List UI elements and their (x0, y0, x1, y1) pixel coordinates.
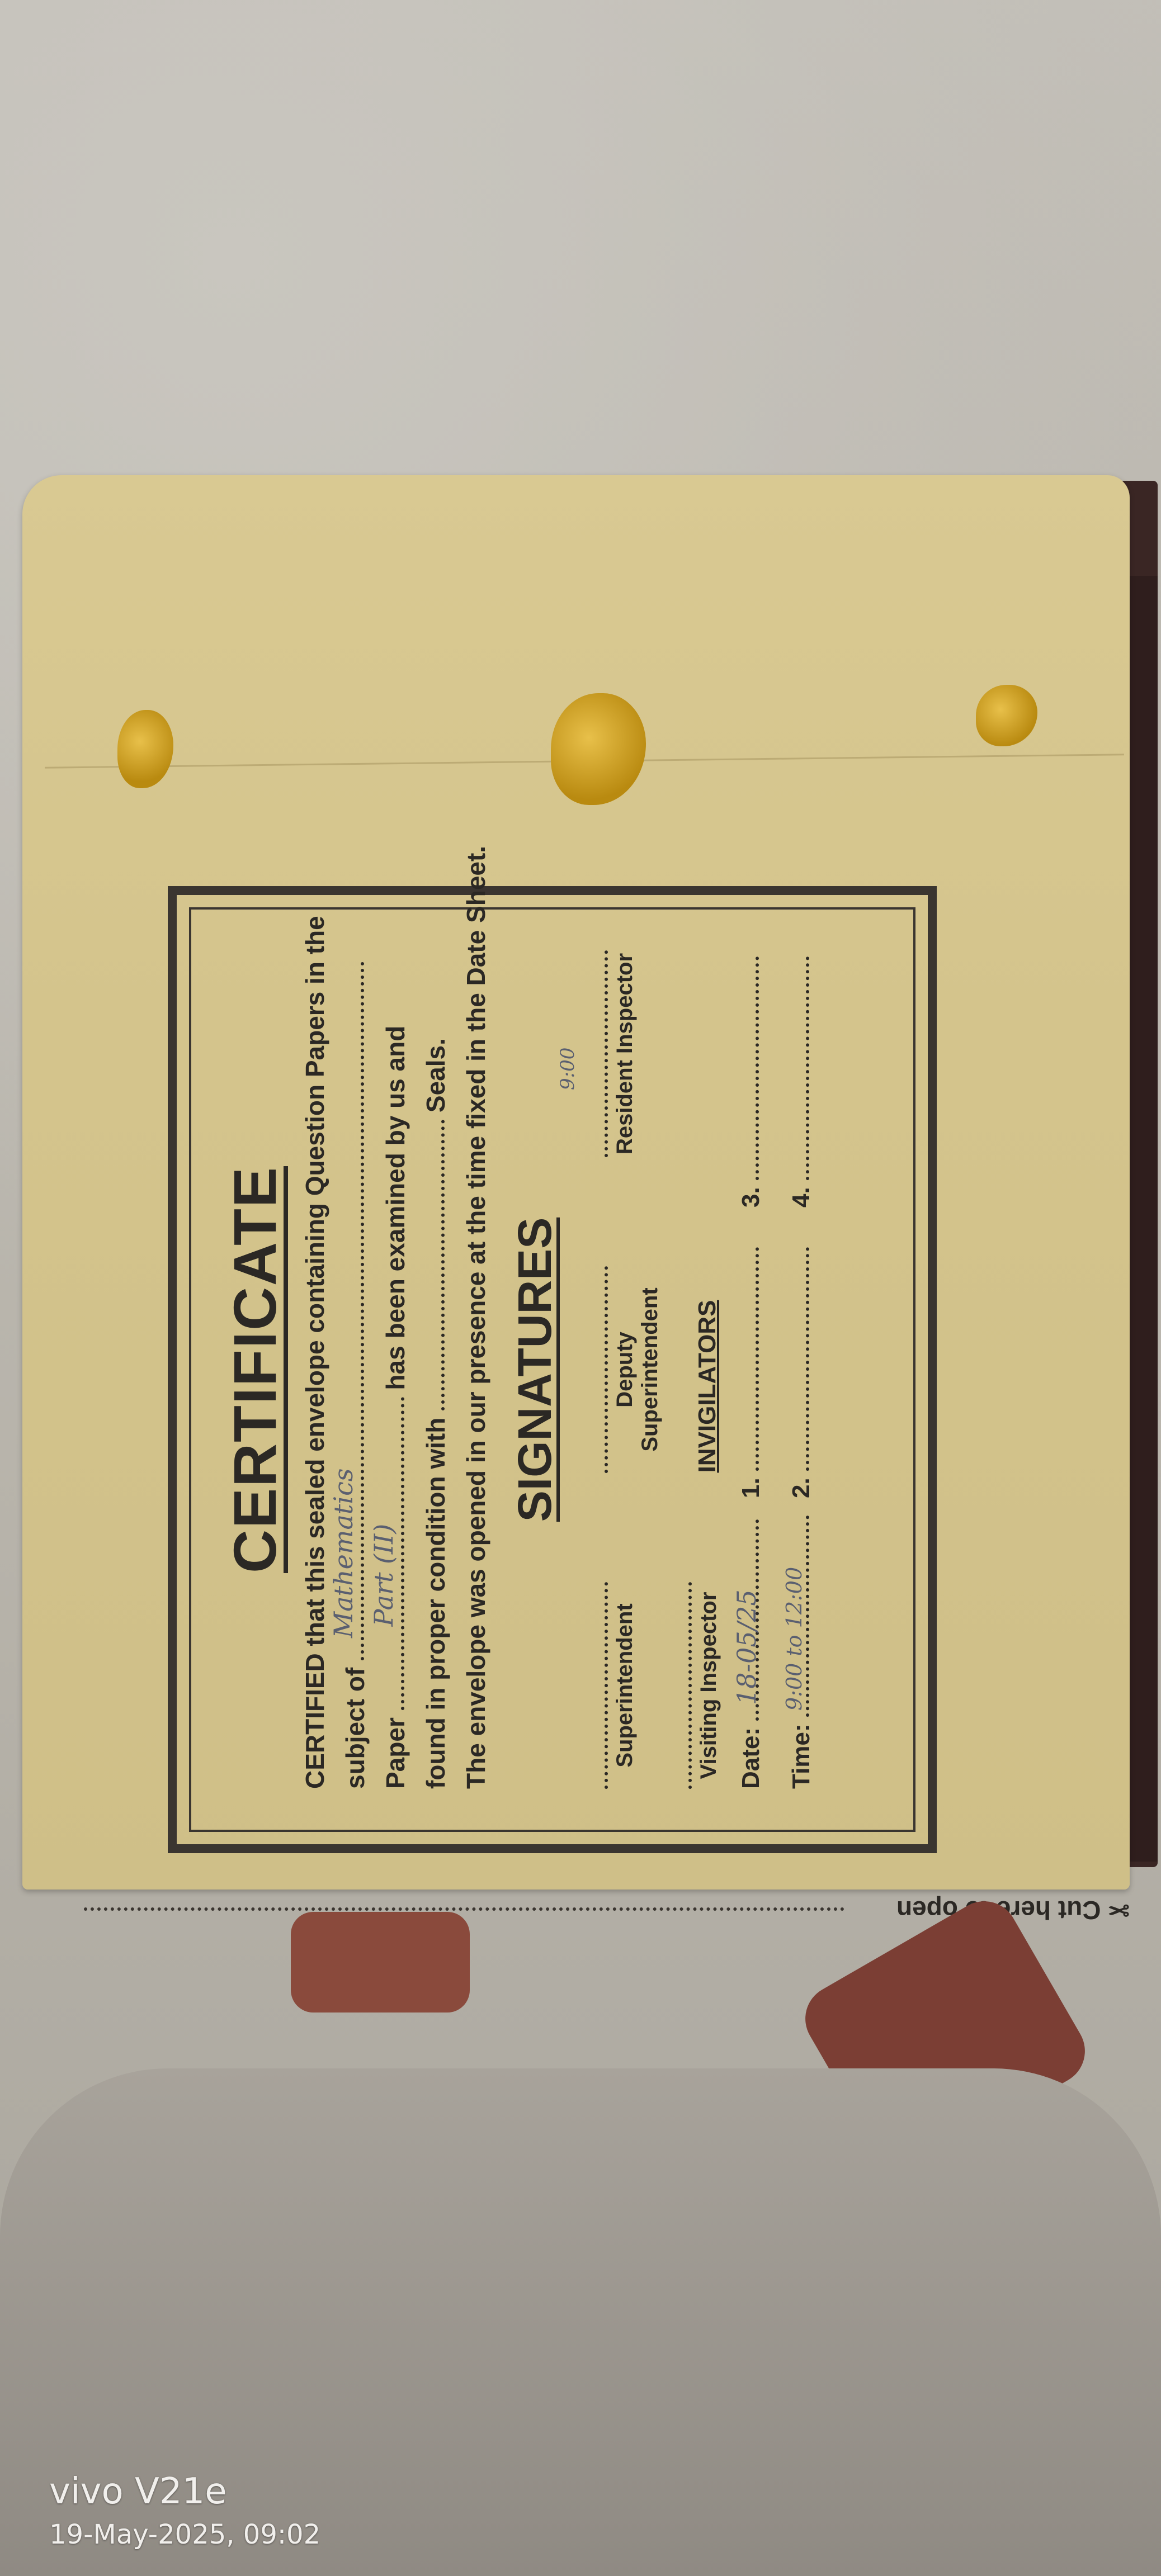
resident-inspector-signature: 9:00 Resident Inspector (601, 950, 663, 1157)
paper-field: Part (II) (384, 1397, 404, 1710)
capture-timestamp: 19-May-2025, 09:02 (49, 2519, 320, 2550)
signature-line (601, 1266, 608, 1473)
date-handwritten: 18-05/25 (731, 1589, 762, 1705)
date-label: Date: (737, 1727, 764, 1789)
visiting-inspector-row: Visiting Inspector INVIGILATORS (685, 950, 721, 1789)
invigilator-line (789, 956, 809, 1180)
subject-field: Mathematics (344, 962, 364, 1660)
invigilator-number: 1. (737, 1478, 764, 1498)
invigilator-4: 4. (787, 917, 815, 1207)
invigilator-3: 3. (737, 917, 765, 1207)
signature-line (685, 1582, 692, 1789)
date-field: Date: 18-05/25 (737, 1498, 765, 1789)
invigilator-line (739, 1247, 759, 1471)
subject-label: subject of (341, 1668, 370, 1789)
time-label: Time: (787, 1723, 815, 1789)
superintendent-signature: Superintendent (601, 1582, 663, 1789)
time-handwritten: 9:00 to 12:00 (782, 1567, 806, 1711)
signature-line (601, 1582, 608, 1789)
certificate-content: CERTIFICATE CERTIFIED that this sealed e… (197, 917, 908, 1822)
date-time-invigilators-grid: Date: 18-05/25 1. 3. Time: 9:00 to 12:00 (737, 917, 815, 1789)
certificate-frame: CERTIFICATE CERTIFIED that this sealed e… (168, 886, 937, 1853)
invigilator-number: 3. (737, 1187, 764, 1207)
device-name: vivo V21e (49, 2471, 320, 2512)
seals-count-field (424, 1120, 445, 1410)
deputy-superintendent-signature: Deputy Superintendent (601, 1266, 663, 1473)
signatory-label: Deputy Superintendent (612, 1287, 662, 1451)
cut-dotted-line (84, 1907, 844, 1911)
invigilator-line (739, 956, 759, 1180)
opened-line: The envelope was opened in our presence … (461, 917, 491, 1789)
signatures-title: SIGNATURES (508, 917, 562, 1822)
signatory-label: Resident Inspector (612, 953, 637, 1154)
subject-handwritten: Mathematics (328, 1468, 358, 1637)
invigilator-1: 1. (737, 1207, 765, 1498)
signatories-row: Superintendent Deputy Superintendent 9:0… (601, 950, 663, 1789)
examined-text: has been examined by us and (381, 1026, 410, 1390)
visiting-inspector-signature: Visiting Inspector (685, 1582, 721, 1789)
signatory-label: Visiting Inspector (696, 1592, 721, 1779)
invigilator-line (789, 1247, 809, 1471)
certificate-title: CERTIFICATE (220, 917, 290, 1822)
left-shoe (291, 1912, 470, 2012)
certified-line: CERTIFIED that this sealed envelope cont… (300, 917, 330, 1789)
condition-text: found in proper condition with (421, 1418, 450, 1789)
invigilators-title: INVIGILATORS (693, 1191, 721, 1582)
certificate-inner-frame: CERTIFICATE CERTIFIED that this sealed e… (189, 907, 915, 1832)
time-field: Time: 9:00 to 12:00 (787, 1498, 815, 1789)
invigilator-2: 2. (787, 1207, 815, 1498)
invigilator-number: 4. (787, 1187, 815, 1207)
camera-watermark: vivo V21e 19-May-2025, 09:02 (49, 2471, 320, 2550)
resident-inspector-time-note: 9:00 (556, 1048, 579, 1090)
signatory-label: Superintendent (612, 1603, 637, 1767)
paper-label: Paper (381, 1717, 410, 1789)
invigilator-number: 2. (787, 1478, 815, 1498)
paper-line: Paper Part (II) has been examined by us … (380, 917, 410, 1789)
seals-text: Seals. (421, 1038, 450, 1112)
scissors-icon: ✂ (1108, 1896, 1130, 1925)
signature-line (601, 950, 608, 1157)
condition-line: found in proper condition with Seals. (421, 917, 451, 1789)
subject-line: subject of Mathematics (340, 917, 370, 1789)
paper-handwritten: Part (II) (369, 1524, 399, 1627)
